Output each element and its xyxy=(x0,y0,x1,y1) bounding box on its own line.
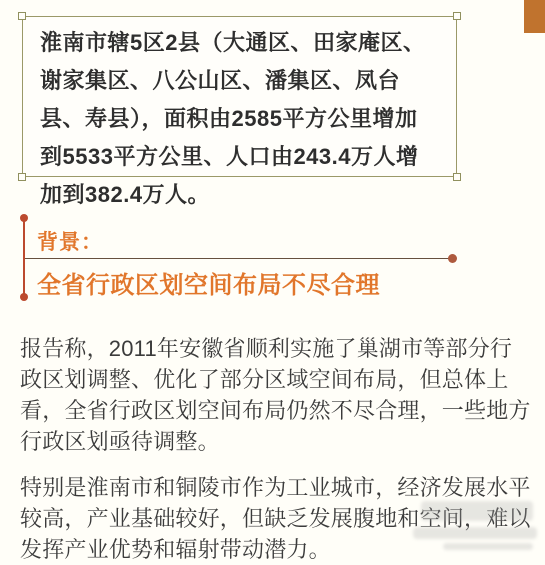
selection-handle-top-right xyxy=(453,12,461,20)
watermark-blob xyxy=(421,501,533,521)
watermark xyxy=(413,501,541,553)
selection-handle-bottom-left xyxy=(18,173,26,181)
section-label: 背景： xyxy=(37,226,103,256)
article-page: 淮南市辖5区2县（大通区、田家庵区、谢家集区、八公山区、潘集区、凤台县、寿县），… xyxy=(0,0,545,565)
rule-dot-right xyxy=(448,254,457,263)
watermark-blob xyxy=(413,527,537,539)
horizontal-rule xyxy=(25,258,449,259)
body-paragraph-1: 报告称，2011年安徽省顺利实施了巢湖市等部分行政区划调整、优化了部分区域空间布… xyxy=(20,333,532,457)
selection-handle-bottom-right xyxy=(453,173,461,181)
section-title: 全省行政区划空间布局不尽合理 xyxy=(37,265,380,300)
corner-accent-square xyxy=(524,0,545,33)
info-box-text: 淮南市辖5区2县（大通区、田家庵区、谢家集区、八公山区、潘集区、凤台县、寿县），… xyxy=(40,24,439,214)
watermark-blob xyxy=(443,543,533,550)
rule-dot-bottom xyxy=(20,293,28,301)
selection-handle-top-left xyxy=(18,12,26,20)
info-box: 淮南市辖5区2县（大通区、田家庵区、谢家集区、八公山区、潘集区、凤台县、寿县），… xyxy=(22,16,457,177)
